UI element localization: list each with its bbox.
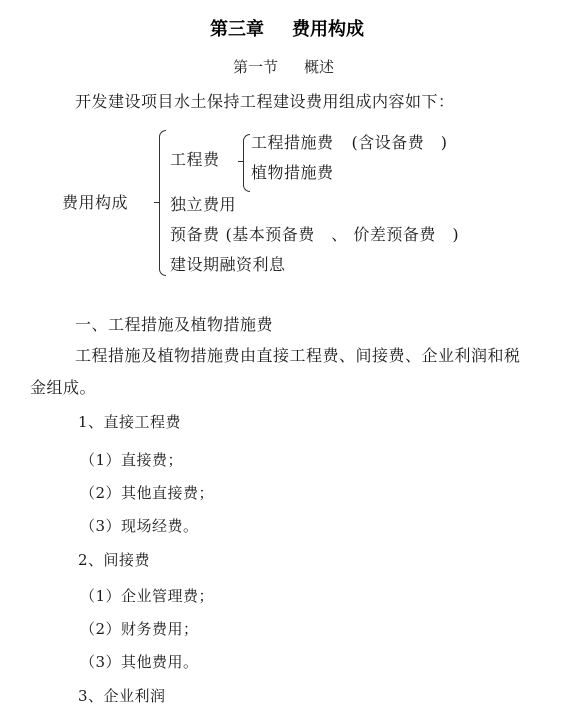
subsection-heading-direct-cost: 1、直接工程费: [78, 415, 181, 430]
list-item: （2）其他直接费；: [80, 486, 214, 501]
list-item: （1）企业管理费；: [80, 589, 214, 604]
paragraph-line-2: 金组成。: [30, 380, 96, 396]
intro-text: 开发建设项目水土保持工程建设费用组成内容如下：: [75, 94, 455, 110]
engineering-measures-note: (含设备费 ): [352, 133, 448, 152]
outer-brace-tip: [154, 202, 159, 203]
inner-brace: [243, 134, 250, 192]
subsection-heading-enterprise-profit: 3、企业利润: [78, 689, 166, 704]
list-item: （2）财务费用；: [80, 622, 199, 637]
construction-interest-item: 建设期融资利息: [170, 257, 286, 273]
chapter-number: 第三章: [210, 19, 264, 40]
engineering-measures-label: 工程措施费: [251, 133, 334, 152]
reserve-cost-label: 预备费: [170, 225, 220, 244]
outer-brace: [159, 130, 166, 276]
plant-measures-item: 植物措施费: [251, 165, 334, 181]
section-name: 概述: [304, 58, 334, 76]
subsection-heading-indirect-cost: 2、间接费: [78, 553, 150, 568]
reserve-cost-note: (基本预备费 、 价差预备费 ): [226, 225, 460, 244]
section-number: 第一节: [233, 58, 278, 76]
chapter-title: 第三章费用构成: [210, 21, 364, 39]
heading-engineering-plant-measures: 一、工程措施及植物措施费: [75, 317, 273, 333]
list-item: （3）其他费用。: [80, 655, 199, 670]
engineering-measures-item: 工程措施费(含设备费 ): [251, 135, 448, 151]
list-item: （1）直接费；: [80, 453, 183, 468]
inner-brace-tip: [238, 161, 243, 162]
independent-cost-item: 独立费用: [170, 197, 236, 213]
list-item: （3）现场经费。: [80, 519, 199, 534]
paragraph-line-1: 工程措施及植物措施费由直接工程费、间接费、企业利润和税: [75, 348, 521, 364]
reserve-cost-item: 预备费(基本预备费 、 价差预备费 ): [170, 227, 459, 243]
engineering-cost-label: 工程费: [170, 152, 220, 168]
chapter-name: 费用构成: [292, 19, 364, 40]
section-title: 第一节概述: [233, 60, 334, 75]
cost-root-label: 费用构成: [62, 195, 128, 211]
